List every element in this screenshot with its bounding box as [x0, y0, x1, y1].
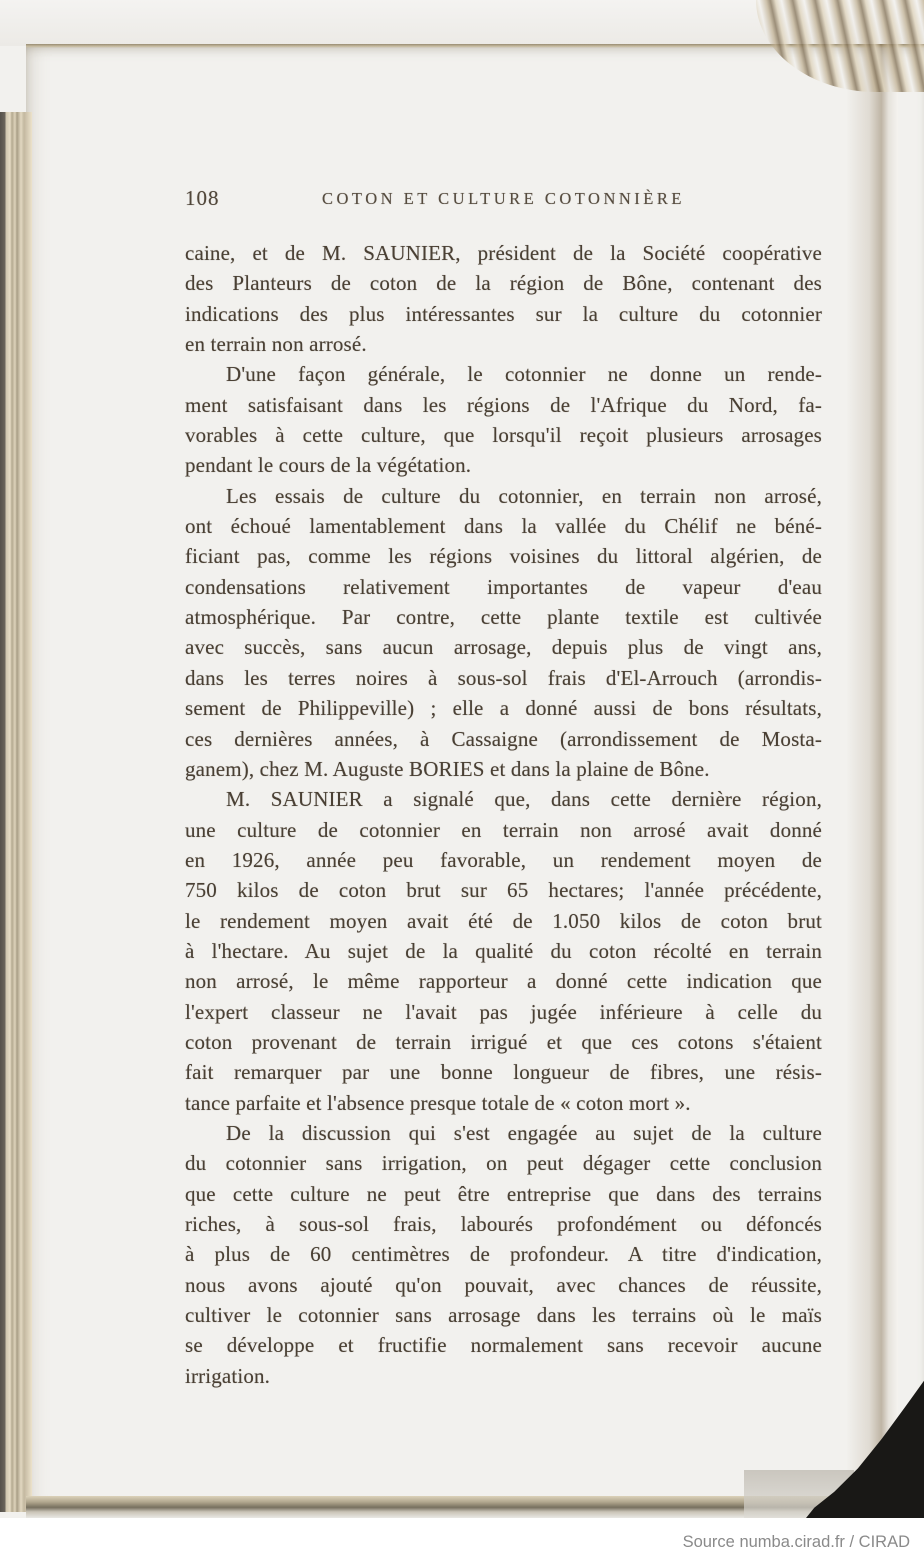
- page-content: 108 COTON ET CULTURE COTONNIÈRE caine, e…: [185, 186, 822, 1391]
- text-line: du cotonnier sans irrigation, on peut dé…: [185, 1148, 822, 1178]
- text-line: ces dernières années, à Cassaigne (arron…: [185, 724, 822, 754]
- text-line: dans les terres noires à sous-sol frais …: [185, 663, 822, 693]
- running-title: COTON ET CULTURE COTONNIÈRE: [185, 186, 822, 209]
- scanned-book-page: 108 COTON ET CULTURE COTONNIÈRE caine, e…: [0, 0, 924, 1566]
- text-line: cultiver le cotonnier sans arrosage dans…: [185, 1300, 822, 1330]
- paragraph: caine, et de M. SAUNIER, président de la…: [185, 238, 822, 359]
- text-line: l'expert classeur ne l'avait pas jugée i…: [185, 997, 822, 1027]
- text-line: indications des plus intéressantes sur l…: [185, 299, 822, 329]
- text-line: irrigation.: [185, 1361, 822, 1391]
- text-line: coton provenant de terrain irrigué et qu…: [185, 1027, 822, 1057]
- paragraph: Les essais de culture du cotonnier, en t…: [185, 481, 822, 784]
- text-line: ont échoué lamentablement dans la vallée…: [185, 511, 822, 541]
- text-line: sement de Philippeville) ; elle a donné …: [185, 693, 822, 723]
- text-line: Les essais de culture du cotonnier, en t…: [185, 481, 822, 511]
- text-line: condensations relativement importantes d…: [185, 572, 822, 602]
- text-line: vorables à cette culture, que lorsqu'il …: [185, 420, 822, 450]
- text-line: en terrain non arrosé.: [185, 329, 822, 359]
- paragraph: M. SAUNIER a signalé que, dans cette der…: [185, 784, 822, 1118]
- text-line: non arrosé, le même rapporteur a donné c…: [185, 966, 822, 996]
- text-line: nous avons ajouté qu'on pouvait, avec ch…: [185, 1270, 822, 1300]
- text-line: De la discussion qui s'est engagée au su…: [185, 1118, 822, 1148]
- text-line: à l'hectare. Au sujet de la qualité du c…: [185, 936, 822, 966]
- text-line: le rendement moyen avait été de 1.050 ki…: [185, 906, 822, 936]
- text-line: se développe et fructifie normalement sa…: [185, 1330, 822, 1360]
- text-line: M. SAUNIER a signalé que, dans cette der…: [185, 784, 822, 814]
- text-line: caine, et de M. SAUNIER, président de la…: [185, 238, 822, 268]
- text-line: 750 kilos de coton brut sur 65 hectares;…: [185, 875, 822, 905]
- text-line: des Planteurs de coton de la région de B…: [185, 268, 822, 298]
- text-line: atmosphérique. Par contre, cette plante …: [185, 602, 822, 632]
- page-body: caine, et de M. SAUNIER, président de la…: [185, 238, 822, 1391]
- text-line: à plus de 60 centimètres de profondeur. …: [185, 1239, 822, 1269]
- footer-bar: Source numba.cirad.fr / CIRAD: [0, 1518, 924, 1566]
- text-line: que cette culture ne peut être entrepris…: [185, 1179, 822, 1209]
- page-header: 108 COTON ET CULTURE COTONNIÈRE: [185, 186, 822, 214]
- page-spine-fold: [846, 44, 898, 1506]
- text-line: tance parfaite et l'absence presque tota…: [185, 1088, 822, 1118]
- text-line: fait remarquer par une bonne longueur de…: [185, 1057, 822, 1087]
- source-attribution: Source numba.cirad.fr / CIRAD: [683, 1533, 910, 1552]
- text-line: D'une façon générale, le cotonnier ne do…: [185, 359, 822, 389]
- text-line: en 1926, année peu favorable, un rendeme…: [185, 845, 822, 875]
- text-line: une culture de cotonnier en terrain non …: [185, 815, 822, 845]
- text-line: ment satisfaisant dans les régions de l'…: [185, 390, 822, 420]
- text-line: avec succès, sans aucun arrosage, depuis…: [185, 632, 822, 662]
- paragraph: De la discussion qui s'est engagée au su…: [185, 1118, 822, 1391]
- text-line: ganem), chez M. Auguste BORIES et dans l…: [185, 754, 822, 784]
- page-stack-edges: [0, 112, 32, 1512]
- page-number: 108: [185, 186, 220, 211]
- page-bottom-edge: [26, 1496, 856, 1518]
- text-line: riches, à sous-sol frais, labourés profo…: [185, 1209, 822, 1239]
- paragraph: D'une façon générale, le cotonnier ne do…: [185, 359, 822, 480]
- text-line: pendant le cours de la végétation.: [185, 450, 822, 480]
- text-line: ficiant pas, comme les régions voisines …: [185, 541, 822, 571]
